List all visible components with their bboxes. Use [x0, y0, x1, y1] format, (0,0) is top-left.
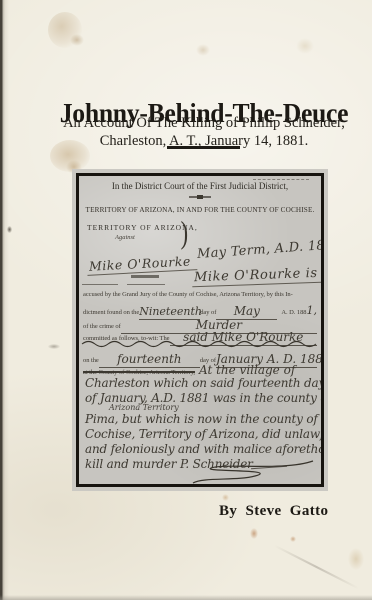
stain	[48, 12, 82, 48]
stain	[296, 38, 314, 54]
defendant-label-smudge	[131, 275, 159, 278]
book-cover: Johnny-Behind-The-Deuce An Account Of Th…	[0, 0, 372, 600]
stain	[348, 548, 364, 570]
signature-flourish	[185, 459, 315, 484]
venue-header: TERRITORY OF ARIZONA, IN AND FOR THE COU…	[79, 206, 321, 214]
court-term-handwriting: May Term, A.D. 1881	[197, 237, 321, 262]
court-document-scan: In the District Court of the First Judic…	[72, 169, 328, 491]
body-handwriting-line: Charleston which on said fourteenth day	[85, 376, 321, 390]
court-header: In the District Court of the First Judic…	[79, 181, 321, 191]
court-document-content: In the District Court of the First Judic…	[79, 176, 321, 484]
form-blank-line	[127, 284, 165, 285]
body-handwriting-line: Cochise, Territory of Arizona, did unlaw…	[85, 427, 321, 441]
author-credit: By Steve Gatto	[219, 503, 328, 520]
form-dashes	[253, 179, 309, 180]
page-bottom-edge	[0, 595, 372, 600]
defendant-name-handwriting: Mike O'Rourke	[87, 253, 198, 276]
against-label: Against	[115, 234, 135, 241]
body-handwriting-line: Pima, but which is now in the county of	[85, 412, 318, 426]
subtitle-underline	[167, 146, 240, 149]
stain	[196, 44, 210, 56]
defendant-is-handwriting: Mike O'Rourke is	[192, 266, 321, 288]
wavy-divider-line	[81, 338, 319, 348]
stain	[250, 528, 258, 539]
stain	[48, 344, 60, 349]
accused-line: accused by the Grand Jury of the County …	[83, 291, 317, 298]
insertion-handwriting: Arizona Territory	[109, 403, 179, 412]
paper-crease	[274, 545, 360, 590]
village-handwriting: At the village of	[199, 363, 295, 377]
struck-printed-text: at the County of Cochise, Arizona Territ…	[83, 369, 195, 376]
accused-text: accused by the Grand Jury of the County …	[83, 291, 293, 298]
header-ornament	[189, 196, 211, 198]
stain	[222, 494, 229, 501]
spine-shadow	[0, 0, 9, 600]
court-document-frame: In the District Court of the First Judic…	[76, 173, 324, 487]
stain	[70, 34, 84, 46]
stain	[290, 536, 296, 542]
book-subtitle-line1: An Account Of The Killing of Phillip Sch…	[36, 115, 372, 132]
body-handwriting-line: and feloniously and with malice aforetho…	[85, 442, 321, 456]
case-brace: )	[181, 214, 188, 251]
struck-line: at the County of Cochise, Arizona Territ…	[83, 363, 317, 377]
form-blank-line	[82, 284, 118, 285]
